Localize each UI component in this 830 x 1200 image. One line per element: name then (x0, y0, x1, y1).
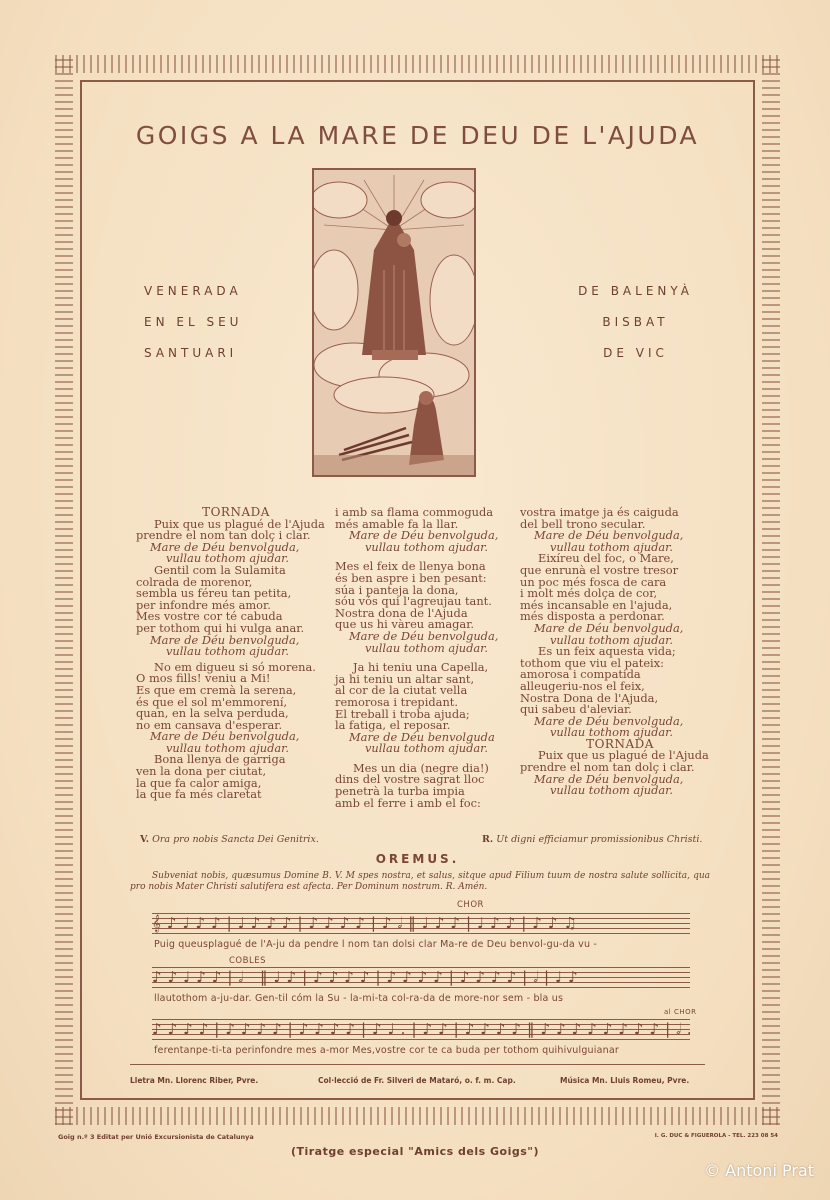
lyric-line-2: llautothom a-ju-dar. Gen-til cóm la Su -… (154, 993, 563, 1004)
refrain-line: vullau tothom ajudar. (335, 743, 525, 755)
content-frame: GOIGS A LA MARE DE DEU DE L'AJUDA VENERA… (80, 80, 755, 1100)
music-notes-icon: 𝄞♪♩♪♪|♩♪♪♪|♪♪♪♪|♪𝅗𝅥‖♩♪♪|♩♪♪|♪♪♫ (152, 912, 690, 934)
credit-music: Música Mn. Lluis Romeu, Pvre. (560, 1076, 689, 1085)
music-staff-2: ♪♪♩♪♪|𝅗𝅥 ‖♩♪|♪♪♪♪|♪♪♪♪|♪♪♪♪|𝅗𝅥|♩♪ (152, 966, 690, 988)
response: R. Ut digni efficiamur promissionibus Ch… (482, 834, 702, 845)
side-caption-right: DE BALENYÀ BISBAT DE VIC (578, 282, 693, 375)
verse-line: la que fa més claretat (136, 789, 336, 801)
verse-column-2: i amb sa flama commoguda més amable fa l… (335, 507, 525, 809)
prayer-text: Subveniat nobis, quæsumus Domine B. V. M… (130, 871, 710, 893)
lyric-line-1: Puig queusplagué de l'A-ju da pendre l n… (154, 939, 597, 950)
music-notes-icon: ♪♪♩♪♪|𝅗𝅥 ‖♩♪|♪♪♪♪|♪♪♪♪|♪♪♪♪|𝅗𝅥|♩♪ (152, 966, 690, 988)
verse-line: amb el ferre i amb el foc: (335, 798, 525, 810)
music-staff-1: 𝄞♪♩♪♪|♩♪♪♪|♪♪♪♪|♪𝅗𝅥‖♩♪♪|♩♪♪|♪♪♫ (152, 912, 690, 934)
side-caption-left: VENERADA EN EL SEU SANTUARI (144, 282, 242, 375)
engraving-illustration-icon (314, 170, 474, 475)
page-title: GOIGS A LA MARE DE DEU DE L'AJUDA (82, 121, 753, 150)
caption-line: BISBAT (578, 313, 693, 344)
caption-line: SANTUARI (144, 344, 242, 375)
refrain-line: vullau tothom ajudar. (136, 646, 336, 658)
caption-line: EN EL SEU (144, 313, 242, 344)
refrain-line: vullau tothom ajudar. (335, 643, 525, 655)
al-chor-mark: al CHOR (664, 1008, 696, 1016)
response-text: Ut digni efficiamur promissionibus Chris… (496, 834, 702, 845)
cobles-mark: COBLES (229, 956, 266, 966)
caption-line: DE VIC (578, 344, 693, 375)
footer-printer: I. G. DUC & FIGUEROLA - TEL. 223 08 54 (655, 1133, 778, 1139)
caption-line: DE BALENYÀ (578, 282, 693, 313)
oremus-heading: OREMUS. (82, 852, 753, 866)
chor-mark: CHOR (457, 900, 484, 910)
refrain-line: vullau tothom ajudar. (335, 542, 525, 554)
verse-column-3: vostra imatge ja és caiguda del bell tro… (520, 507, 720, 797)
copyright-watermark: © Antoni Prat (704, 1161, 814, 1180)
credit-lyrics: Lletra Mn. Llorenc Riber, Pvre. (130, 1076, 258, 1085)
verse-column-1: TORNADA Puix que us plagué de l'Ajuda pr… (136, 507, 336, 801)
music-notes-icon: ♪♪♪♪|♪♪♪♪|♪♪♪♪|♪♩.|♪♪|♪♪♪♪‖♪♪♪♪♪♪♪♪|𝅗𝅥. (152, 1018, 690, 1040)
divider (130, 1064, 705, 1065)
special-edition-note: (Tiratge especial "Amics dels Goigs") (0, 1145, 830, 1158)
footer-publisher: Goig n.º 3 Editat per Unió Excursionista… (58, 1133, 254, 1141)
versicle-text: Ora pro nobis Sancta Dei Genitrix. (152, 834, 319, 845)
virgin-engraving-image (312, 168, 476, 477)
refrain-line: vullau tothom ajudar. (520, 785, 720, 797)
caption-line: VENERADA (144, 282, 242, 313)
lyric-line-3: ferentanpe-ti-ta perinfondre mes a-mor M… (154, 1045, 619, 1056)
music-staff-3: ♪♪♪♪|♪♪♪♪|♪♪♪♪|♪♩.|♪♪|♪♪♪♪‖♪♪♪♪♪♪♪♪|𝅗𝅥. (152, 1018, 690, 1040)
credit-collection: Col·lecció de Fr. Silveri de Mataró, o. … (318, 1076, 516, 1085)
versicle: V. Ora pro nobis Sancta Dei Genitrix. (140, 834, 319, 845)
